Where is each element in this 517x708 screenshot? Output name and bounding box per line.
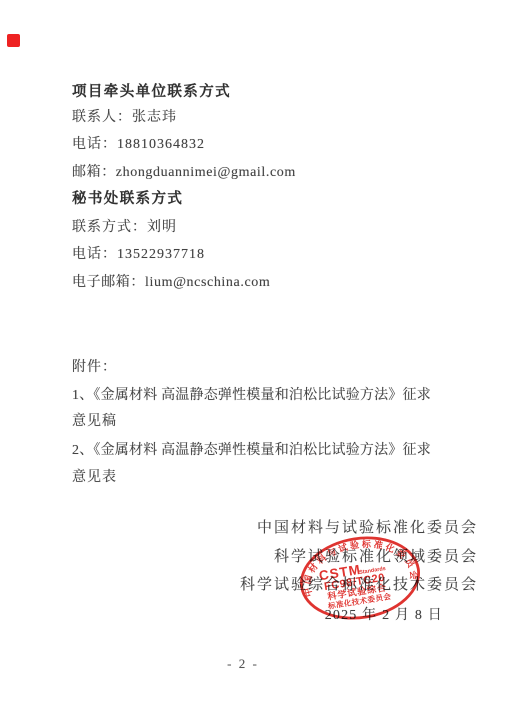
secretariat-person: 联系方式：刘明 [72, 216, 177, 236]
attachment-1-line-1: 1、《金属材料 高温静态弹性模量和泊松比试验方法》征求 [72, 384, 431, 404]
lead-heading: 项目牵头单位联系方式 [72, 80, 231, 101]
lead-email: 邮箱：zhongduannimei@gmail.com [72, 161, 296, 181]
secretariat-heading: 秘书处联系方式 [72, 187, 183, 208]
secretariat-phone: 电话：13522937718 [72, 243, 205, 263]
secretariat-email: 电子邮箱：lium@ncschina.com [72, 271, 270, 291]
attachments-label: 附件： [72, 356, 117, 376]
page-number: - 2 - [0, 656, 486, 672]
lead-phone: 电话：18810364832 [72, 133, 205, 153]
document-page: 项目牵头单位联系方式 联系人：张志玮 电话：18810364832 邮箱：zho… [0, 0, 517, 708]
red-marker [7, 34, 20, 47]
attachment-2-line-1: 2、《金属材料 高温静态弹性模量和泊松比试验方法》征求 [72, 439, 431, 459]
lead-person: 联系人：张志玮 [72, 106, 177, 126]
attachment-1-line-2: 意见稿 [72, 410, 117, 430]
official-stamp-seal: 中国材料与试验标准化委员会 CSTM Standards FC98/TC20 科… [286, 524, 436, 634]
attachment-2-line-2: 意见表 [72, 466, 117, 486]
